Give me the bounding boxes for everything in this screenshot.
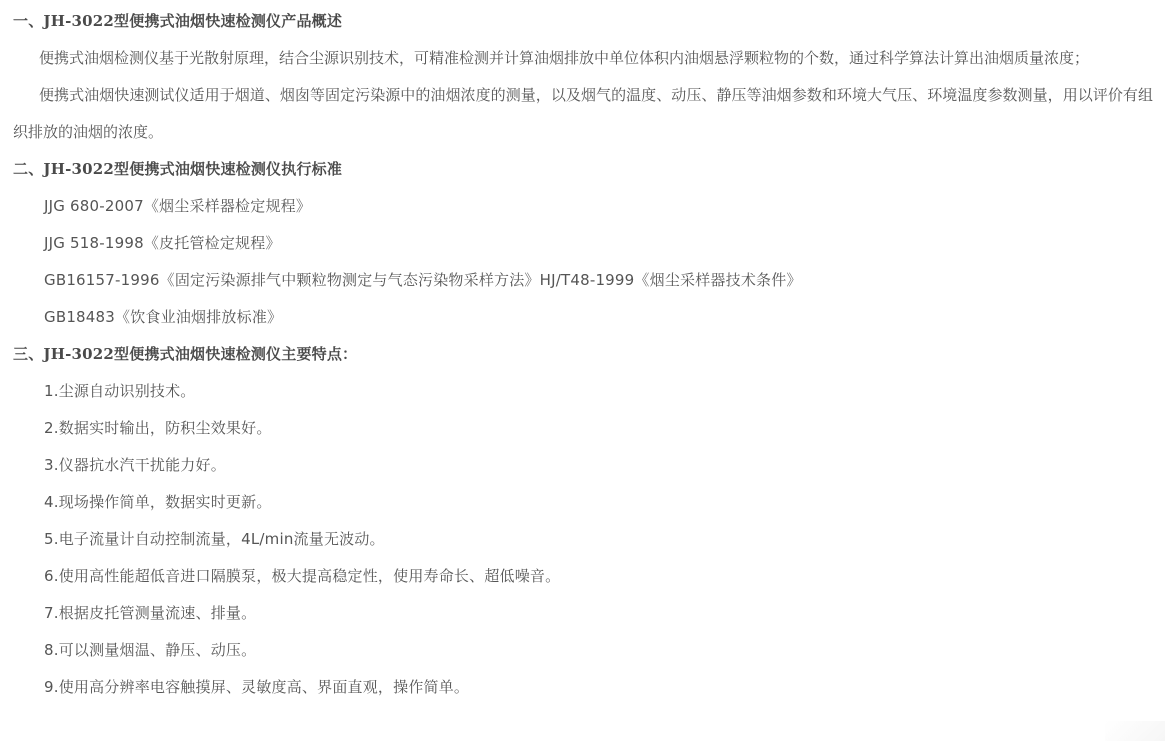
feature-item: 8.可以测量烟温、静压、动压。 bbox=[13, 632, 1153, 669]
feature-item: 4.现场操作简单，数据实时更新。 bbox=[13, 484, 1153, 521]
overview-paragraph-2: 便携式油烟快速测试仪适用于烟道、烟囱等固定污染源中的油烟浓度的测量，以及烟气的温… bbox=[13, 77, 1153, 151]
corner-shadow bbox=[1105, 721, 1165, 741]
feature-item: 9.使用高分辨率电容触摸屏、灵敏度高、界面直观，操作简单。 bbox=[13, 669, 1153, 706]
feature-item: 7.根据皮托管测量流速、排量。 bbox=[13, 595, 1153, 632]
section-heading-overview: 一、JH-3022型便携式油烟快速检测仪产品概述 bbox=[13, 3, 1153, 40]
standard-item: GB16157-1996《固定污染源排气中颗粒物测定与气态污染物采样方法》HJ/… bbox=[13, 262, 1153, 299]
feature-item: 6.使用高性能超低音进口隔膜泵，极大提高稳定性，使用寿命长、超低噪音。 bbox=[13, 558, 1153, 595]
section-heading-standards: 二、JH-3022型便携式油烟快速检测仪执行标准 bbox=[13, 151, 1153, 188]
section-heading-features: 三、JH-3022型便携式油烟快速检测仪主要特点： bbox=[13, 336, 1153, 373]
standard-item: JJG 680-2007《烟尘采样器检定规程》 bbox=[13, 188, 1153, 225]
document-body: 一、JH-3022型便携式油烟快速检测仪产品概述 便携式油烟检测仪基于光散射原理… bbox=[13, 3, 1153, 706]
feature-item: 2.数据实时输出，防积尘效果好。 bbox=[13, 410, 1153, 447]
feature-item: 3.仪器抗水汽干扰能力好。 bbox=[13, 447, 1153, 484]
feature-item: 1.尘源自动识别技术。 bbox=[13, 373, 1153, 410]
overview-paragraph-1: 便携式油烟检测仪基于光散射原理，结合尘源识别技术，可精准检测并计算油烟排放中单位… bbox=[13, 40, 1153, 77]
standard-item: GB18483《饮食业油烟排放标准》 bbox=[13, 299, 1153, 336]
standard-item: JJG 518-1998《皮托管检定规程》 bbox=[13, 225, 1153, 262]
feature-item: 5.电子流量计自动控制流量，4L/min流量无波动。 bbox=[13, 521, 1153, 558]
